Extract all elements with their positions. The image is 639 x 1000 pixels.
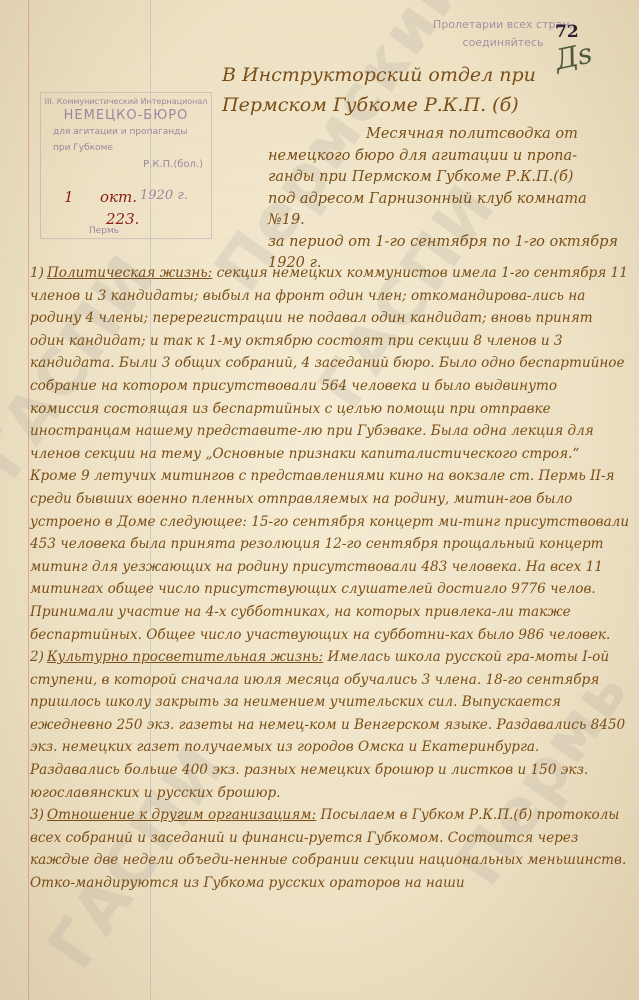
section-title: Политическая жизнь: xyxy=(47,265,212,281)
report-title-line: немецкого бюро для агитации и пропа- xyxy=(268,146,628,168)
section-text: секция немецких коммунистов имела 1-го с… xyxy=(30,265,629,643)
stamp-party: Р.К.П.(бол.) xyxy=(143,159,203,170)
stamp-org-line: III. Коммунистический Интернационал xyxy=(41,97,211,106)
report-title-line: под адресом Гарнизонный клуб комната №19… xyxy=(268,189,628,232)
section-text: Имелась школа русской гра-моты I-ой ступ… xyxy=(30,649,625,801)
section-title: Культурно просветительная жизнь: xyxy=(47,649,323,665)
section-relations: 3)Отношение к другим организациям: Посыл… xyxy=(30,804,630,894)
stamp-committee: при Губкоме xyxy=(53,143,211,153)
registration-number: 223. xyxy=(106,210,139,228)
registration-day: 1 xyxy=(64,188,74,206)
section-number: 2) xyxy=(30,649,44,665)
section-number: 1) xyxy=(30,265,44,281)
section-political: 1)Политическая жизнь: секция немецких ко… xyxy=(30,262,630,646)
heading-line: Пермском Губкоме Р.К.П. (б) xyxy=(222,90,622,120)
section-title: Отношение к другим организациям: xyxy=(47,807,316,823)
stamp-bureau-name: НЕМЕЦКО-БЮРО xyxy=(41,108,211,123)
report-body: 1)Политическая жизнь: секция немецких ко… xyxy=(30,262,630,895)
report-title-line: Месячная политсводка от xyxy=(268,124,628,146)
registration-year: 1920 г. xyxy=(140,188,188,203)
section-number: 3) xyxy=(30,807,44,823)
section-cultural: 2)Культурно просветительная жизнь: Имела… xyxy=(30,646,630,804)
addressee-heading: В Инструкторский отдел при Пермском Губк… xyxy=(222,60,622,120)
report-title: Месячная политсводка от немецкого бюро д… xyxy=(268,124,628,275)
stamp-purpose: для агитации и пропаганды xyxy=(53,127,211,137)
report-title-line: ганды при Пермском Губкоме Р.К.П.(б) xyxy=(268,167,628,189)
heading-line: В Инструкторский отдел при xyxy=(222,60,622,90)
document-page: Пермский ГАСПИ ГАСПИ Пермь ГАСПИ Пролета… xyxy=(0,0,639,1000)
registration-month: окт. xyxy=(100,188,137,206)
